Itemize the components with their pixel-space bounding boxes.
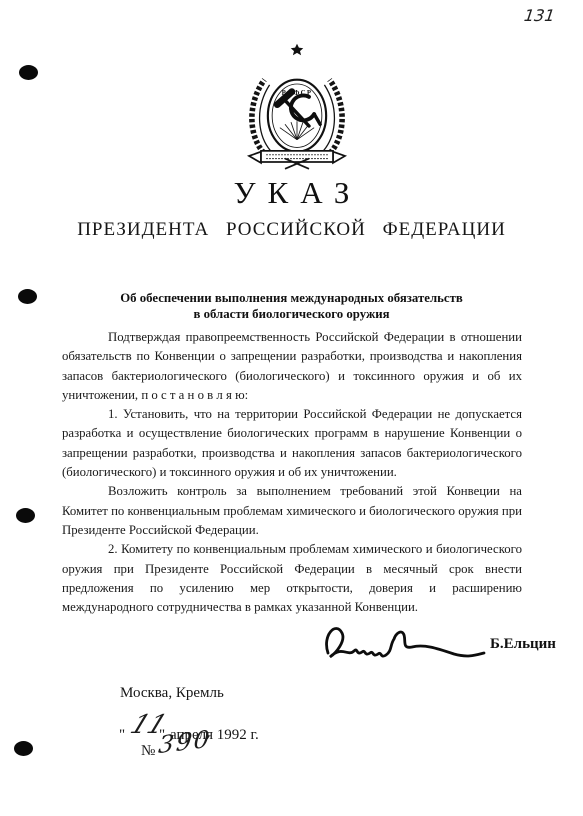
decree-body: Подтверждая правопреемственность Российс… bbox=[62, 328, 522, 617]
paragraph-point-1-control: Возложить контроль за выполнением требов… bbox=[62, 482, 522, 540]
date-open-quote: " bbox=[119, 727, 125, 744]
number-sign: № bbox=[141, 743, 155, 760]
decree-scan-page: 131 РСФСР bbox=[0, 0, 583, 816]
punch-hole-mark bbox=[16, 508, 35, 523]
decree-subject: Об обеспечении выполнения международных … bbox=[0, 291, 583, 322]
subject-line-2: в области биологического оружия bbox=[0, 307, 583, 323]
paragraph-preamble: Подтверждая правопреемственность Российс… bbox=[62, 328, 522, 405]
place-line: Москва, Кремль bbox=[120, 685, 224, 702]
decree-title: УКАЗ bbox=[0, 175, 583, 211]
punch-hole-mark bbox=[19, 65, 38, 80]
rsfsr-coat-of-arms-icon: РСФСР bbox=[237, 42, 357, 171]
paragraph-point-1: 1. Установить, что на территории Российс… bbox=[62, 405, 522, 482]
signer-name: Б.Ельцин bbox=[490, 636, 556, 653]
handwritten-decree-number: 390 bbox=[157, 725, 212, 759]
paragraph-point-2: 2. Комитету по конвенциальным проблемам … bbox=[62, 540, 522, 617]
yeltsin-signature-icon bbox=[316, 615, 488, 667]
decree-issuer: ПРЕЗИДЕНТА РОССИЙСКОЙ ФЕДЕРАЦИИ bbox=[0, 219, 583, 241]
handwritten-page-number: 131 bbox=[521, 6, 558, 25]
punch-hole-mark bbox=[14, 741, 33, 756]
subject-line-1: Об обеспечении выполнения международных … bbox=[0, 291, 583, 307]
